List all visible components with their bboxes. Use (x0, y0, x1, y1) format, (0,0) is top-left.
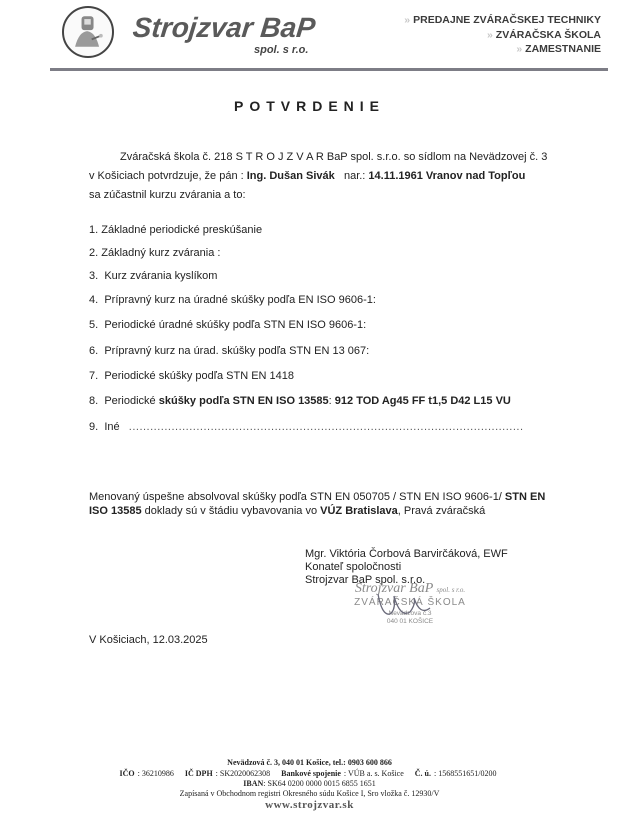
list-item: 7. Periodické skúšky podľa STN EN 1418 (89, 370, 294, 382)
place-and-date: V Košiciach, 12.03.2025 (89, 634, 208, 646)
list-item: 3. Kurz zvárania kyslíkom (89, 270, 217, 282)
intro-line-3: sa zúčastnil kurzu zvárania a to: (89, 189, 246, 201)
tagline-2: »ZVÁRAČSKA ŠKOLA (404, 28, 601, 43)
welder-icon (64, 8, 112, 56)
document-title: POTVRDENIE (0, 98, 619, 114)
brand-name: Strojzvar BaP (131, 12, 316, 44)
taglines: »PREDAJNE ZVÁRAČSKEJ TECHNIKY »ZVÁRAČSKA… (404, 13, 601, 57)
footer-website-link[interactable]: www.strojzvar.sk (0, 799, 619, 811)
intro-line-1: Zváračská škola č. 218 S T R O J Z V A R… (120, 151, 547, 163)
birth-info: 14.11.1961 Vranov nad Topľou (368, 170, 525, 182)
tagline-1: »PREDAJNE ZVÁRAČSKEJ TECHNIKY (404, 13, 601, 28)
arrow-icon: » (516, 43, 522, 55)
list-item: 6. Prípravný kurz na úrad. skúšky podľa … (89, 345, 369, 357)
list-item: 9. Iné .................................… (89, 421, 524, 433)
footer-address: Nevädzová č. 3, 040 01 Košice, tel.: 090… (0, 758, 619, 767)
company-logo (62, 6, 114, 58)
list-item: 2. Základný kurz zvárania : (89, 247, 220, 259)
person-name: Ing. Dušan Sivák (247, 170, 335, 182)
footer-ids: IČO: 36210986 IČ DPH: SK2020062308 Banko… (0, 769, 619, 778)
brand-subtitle: spol. s r.o. (254, 44, 308, 56)
footer-iban: IBAN: SK64 0200 0000 0015 6855 1651 (0, 779, 619, 788)
list-item: 1. Základné periodické preskúšanie (89, 224, 262, 236)
footer-registry: Zapísaná v Obchodnom registri Okresného … (0, 789, 619, 798)
fill-dots: ........................................… (129, 421, 524, 433)
signatory-role: Konateľ spoločnosti (305, 561, 508, 574)
list-item: 4. Prípravný kurz na úradné skúšky podľa… (89, 294, 376, 306)
handwritten-signature (370, 586, 450, 626)
tagline-3: »ZAMESTNANIE (404, 42, 601, 57)
intro-line-2: v Košiciach potvrdzuje, že pán : Ing. Du… (89, 170, 525, 182)
signatory-name: Mgr. Viktória Čorbová Barvirčáková, EWF (305, 548, 508, 561)
header-divider (50, 68, 608, 71)
arrow-icon: » (404, 14, 410, 26)
result-paragraph: Menovaný úspešne absolvoval skúšky podľa… (89, 490, 559, 518)
arrow-icon: » (487, 29, 493, 41)
list-item: 8. Periodické skúšky podľa STN EN ISO 13… (89, 395, 511, 407)
list-item: 5. Periodické úradné skúšky podľa STN EN… (89, 319, 366, 331)
